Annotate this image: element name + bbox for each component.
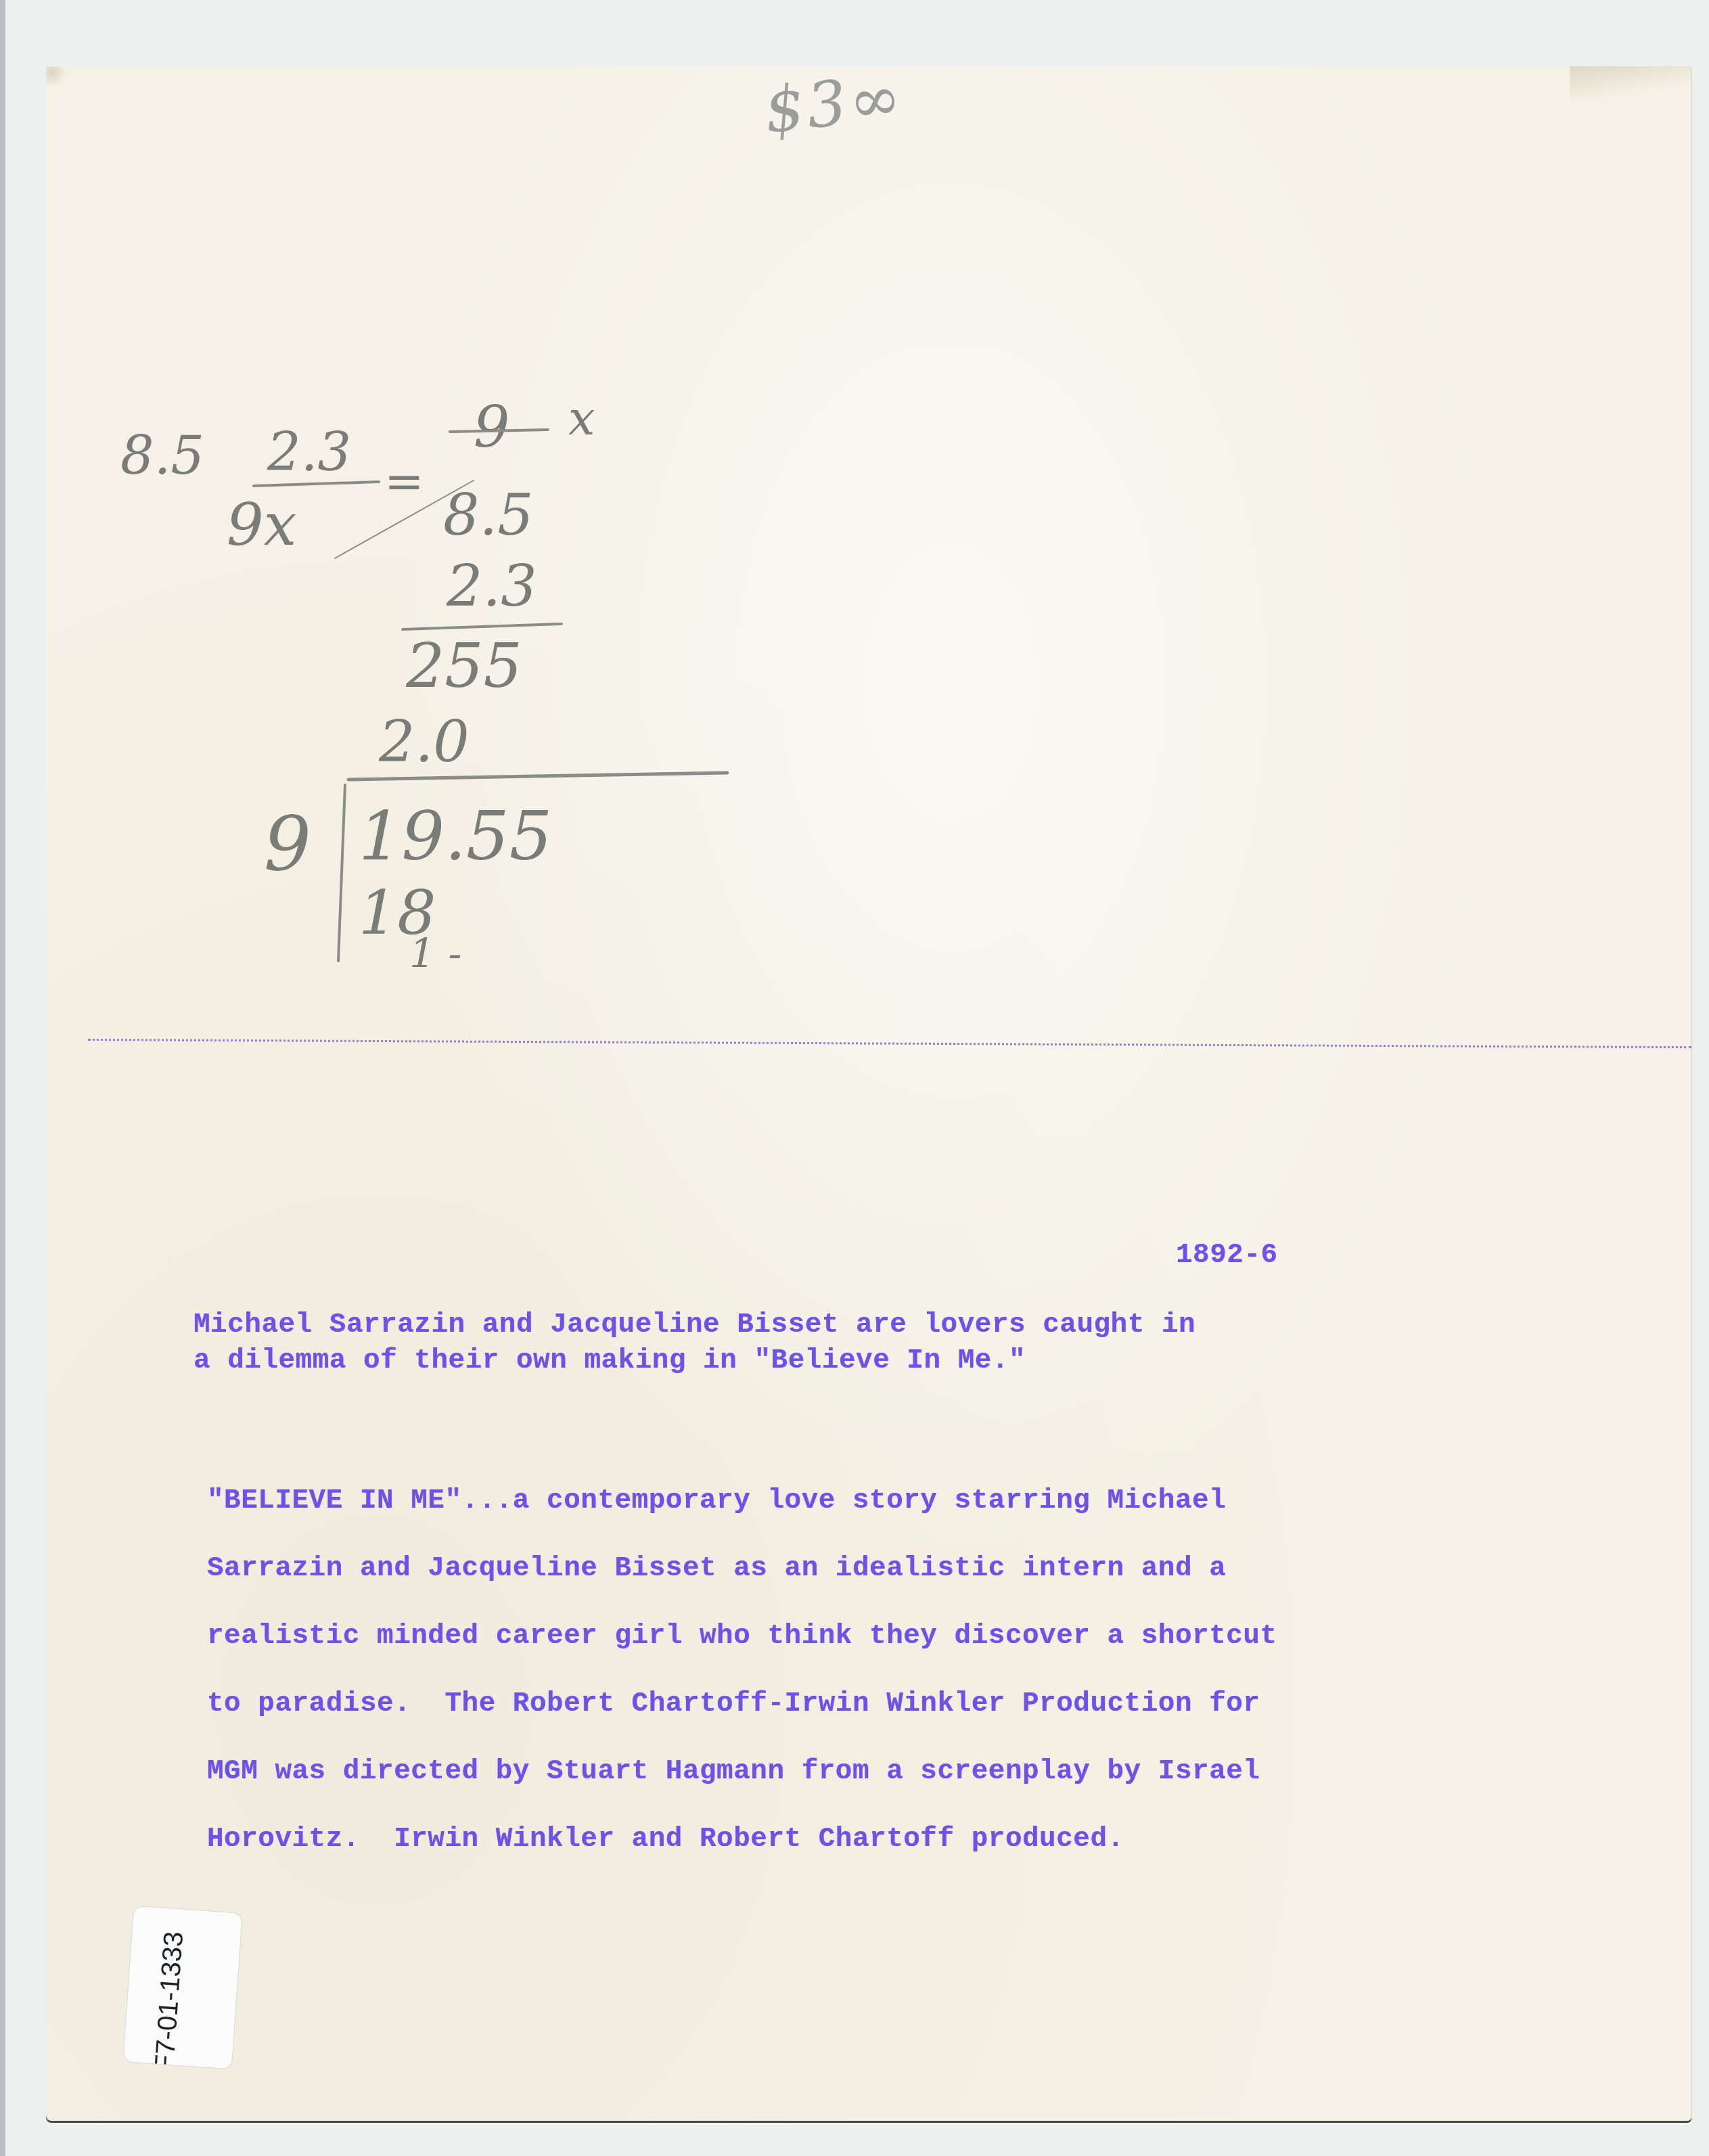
synopsis-line: realistic minded career girl who think t…: [207, 1621, 1277, 1652]
synopsis-line: to paradise. The Robert Chartoff-Irwin W…: [207, 1688, 1260, 1720]
math-fraction-right-numerator: 9: [474, 394, 509, 460]
photo-code: 1892-6: [1176, 1240, 1278, 1271]
synopsis-line: Sarrazin and Jacqueline Bisset as an ide…: [207, 1553, 1226, 1584]
synopsis-line: MGM was directed by Stuart Hagmann from …: [207, 1756, 1260, 1787]
caption-line: Michael Sarrazin and Jacqueline Bisset a…: [193, 1309, 1195, 1341]
math-divisor: 9: [264, 801, 311, 887]
math-multiplicand: 8.5: [443, 482, 534, 548]
synopsis-line: Horovitz. Irwin Winkler and Robert Chart…: [207, 1824, 1124, 1855]
math-top-left: 8.5: [120, 426, 204, 487]
math-dividend: 19.55: [359, 796, 552, 876]
math-product: 255: [405, 631, 522, 702]
math-multiplier: 2.3: [446, 553, 537, 619]
math-equals: =: [384, 453, 424, 509]
math-x-mark: x: [568, 390, 595, 446]
math-fraction-left-denominator: 9x: [227, 491, 296, 559]
math-fraction-left-numerator: 2.3: [267, 422, 351, 483]
math-quotient: 2.0: [378, 709, 470, 775]
math-remainder: 1 -: [409, 930, 462, 978]
sticker-label: F7-01-1333: [150, 1931, 189, 2069]
caption-line: a dilemma of their own making in "Believ…: [193, 1345, 1026, 1376]
synopsis-line: "BELIEVE IN ME"...a contemporary love st…: [207, 1485, 1226, 1517]
archive-sticker: F7-01-1333: [123, 1906, 242, 2069]
